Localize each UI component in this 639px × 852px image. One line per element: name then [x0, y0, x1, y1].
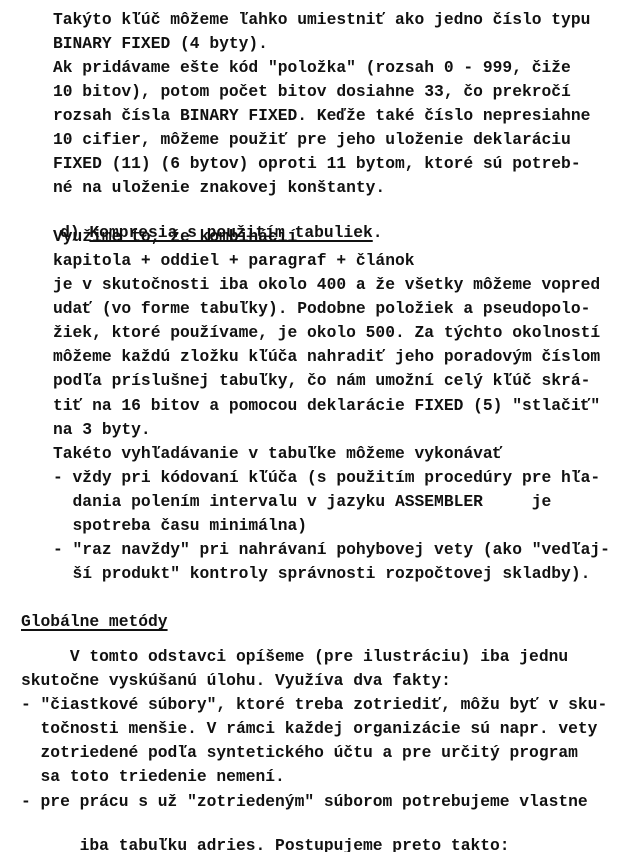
text-line: Takéto vyhľadávanie v tabuľke môžeme vyk…: [53, 444, 502, 464]
text-line: skutočne vyskúšanú úlohu. Využíva dva fa…: [21, 671, 451, 691]
text-line: je v skutočnosti iba okolo 400 a že všet…: [53, 275, 600, 295]
text-line: BINARY FIXED (4 byty).: [53, 34, 268, 54]
list-item-continuation: spotreba času minimálna): [53, 516, 307, 536]
text-line: 10 bitov), potom počet bitov dosiahne 33…: [53, 82, 571, 102]
text-line: udať (vo forme tabuľky). Podobne položie…: [53, 299, 590, 319]
list-item-continuation: ší produkt" kontroly správnosti rozpočto…: [53, 564, 590, 584]
list-item-continuation: iba tabuľku adries. Postupujeme preto ta…: [21, 816, 510, 836]
text-line: né na uloženie znakovej konštanty.: [53, 178, 385, 198]
text-line: žiek, ktoré používame, je okolo 500. Za …: [53, 323, 600, 343]
list-item-continuation: točnosti menšie. V rámci každej organizá…: [21, 719, 597, 739]
list-item: - "raz navždy" pri nahrávaní pohybovej v…: [53, 540, 610, 560]
underlined-term-address-table: tabuľku adries: [119, 836, 256, 852]
list-item: - "čiastkové súbory", ktoré treba zotrie…: [21, 695, 607, 715]
text-line: Využime to, že kombinácií: [53, 227, 297, 247]
list-item: - vždy pri kódovaní kľúča (s použitím pr…: [53, 468, 600, 488]
section-d-period: .: [373, 223, 383, 242]
text-line: tiť na 16 bitov a pomocou deklarácie FIX…: [53, 396, 600, 416]
list-item: - pre prácu s už "zotriedeným" súborom p…: [21, 792, 588, 812]
text-line: Takýto kľúč môžeme ľahko umiestniť ako j…: [53, 10, 590, 30]
list-item-continuation: dania polením intervalu v jazyku ASSEMBL…: [53, 492, 551, 512]
list-item-continuation: sa toto triedenie nemení.: [21, 767, 285, 787]
text-line: V tomto odstavci opíšeme (pre ilustráciu…: [21, 647, 568, 667]
text-line: podľa príslušnej tabuľky, čo nám umožní …: [53, 371, 590, 391]
text-line: môžeme každú zložku kľúča nahradiť jeho …: [53, 347, 600, 367]
text-line: Ak pridávame ešte kód "položka" (rozsah …: [53, 58, 571, 78]
text-line: kapitola + oddiel + paragraf + článok: [53, 251, 415, 271]
text-line: rozsah čísla BINARY FIXED. Keďže také čí…: [53, 106, 590, 126]
typewritten-page: Takýto kľúč môžeme ľahko umiestniť ako j…: [0, 0, 639, 852]
section-d-heading: d) Kompresia s použitím tabuliek.: [21, 203, 383, 223]
line-prefix: iba: [60, 836, 119, 852]
text-line: 10 cifier, môžeme použiť pre jeho uložen…: [53, 130, 571, 150]
section-heading-global-methods: Globálne metódy: [21, 612, 168, 632]
text-line: FIXED (11) (6 bytov) oproti 11 bytom, kt…: [53, 154, 581, 174]
text-line: na 3 byty.: [53, 420, 151, 440]
line-suffix: . Postupujeme preto takto:: [256, 836, 510, 852]
list-item-continuation: zotriedené podľa syntetického účtu a pre…: [21, 743, 578, 763]
